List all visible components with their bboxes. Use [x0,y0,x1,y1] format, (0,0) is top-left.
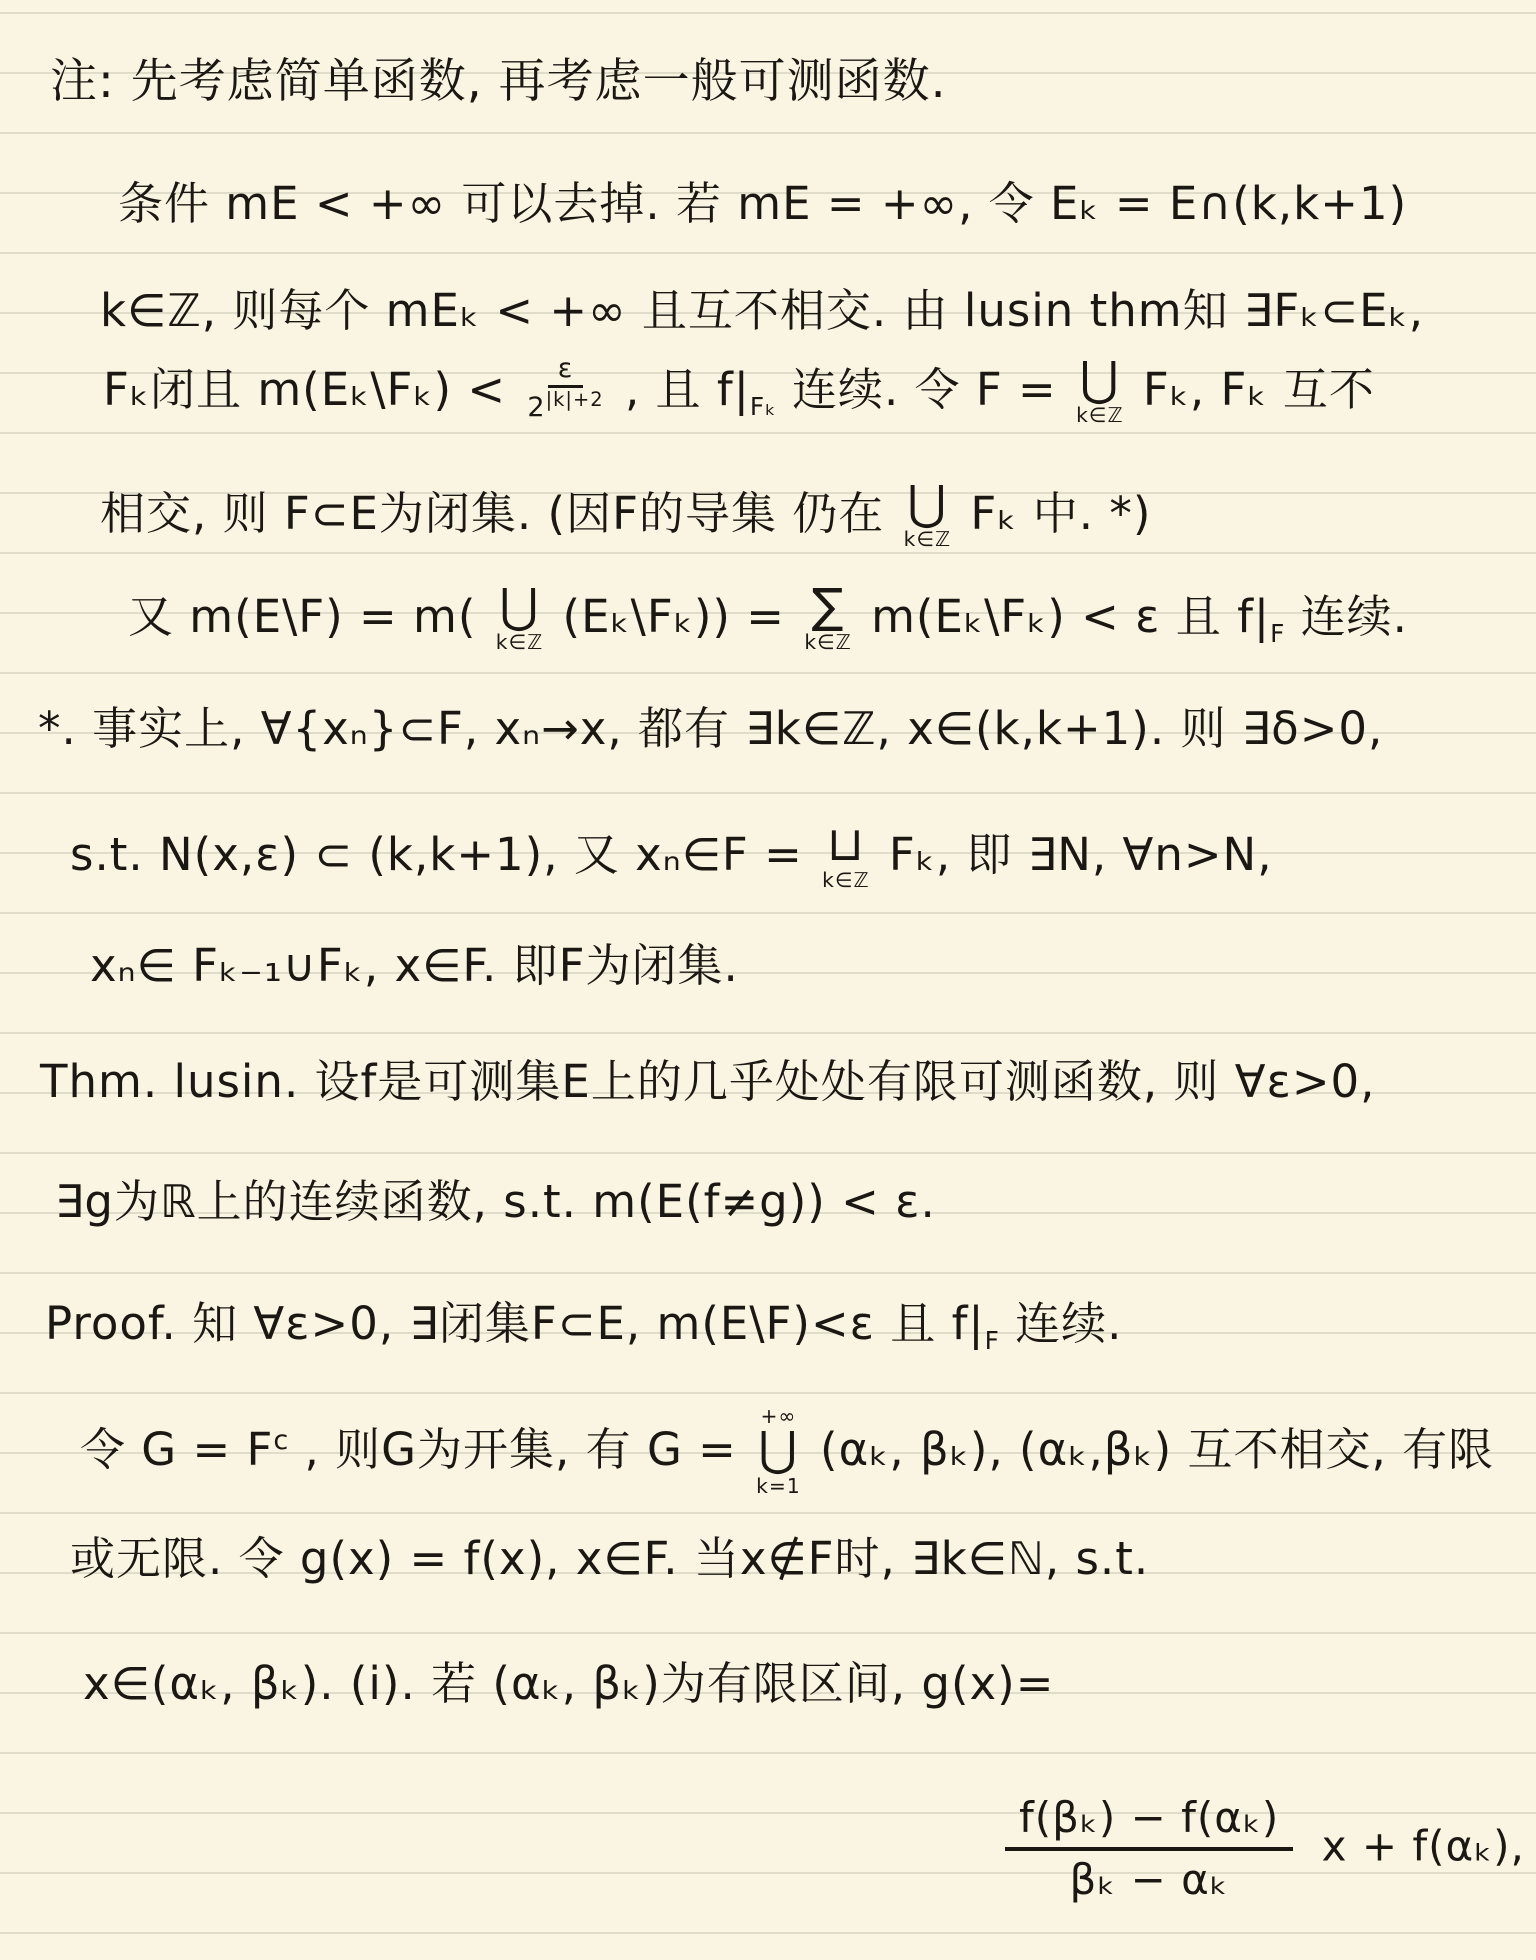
note-line-7: *. 事实上, ∀{xₙ}⊂F, xₙ→x, 都有 ∃k∈ℤ, x∈(k,k+1… [38,703,1383,755]
line-14-text: 或无限. 令 g(x) = f(x), x∈F. 当x∉F时, ∃k∈ℕ, s.… [70,1532,1149,1585]
union-operator-k1-inf: +∞⋃k=1 [756,1406,801,1496]
note-line-10-theorem: Thm. lusin. 设f是可测集E上的几乎处处有限可测函数, 则 ∀ε>0, [40,1056,1376,1108]
slope-fraction: f(βₖ) − f(αₖ)βₖ − αₖ [1005,1795,1293,1903]
union-symbol: ⋃ [1080,356,1120,403]
note-line-9: xₙ∈ Fₖ₋₁∪Fₖ, x∈F. 即F为闭集. [90,940,739,992]
fraction-denominator: 2|k|+2 [527,388,603,422]
union-index: k∈ℤ [904,529,951,549]
union-index: k∈ℤ [1076,405,1123,425]
union-symbol: ⋃ [500,583,540,630]
line-4-text-b: , 且 f| [625,363,750,416]
note-line-1: 注: 先考虑简单函数, 再考虑一般可测函数. [50,55,947,109]
line-13-text-a: 令 G = F [80,1423,273,1476]
union-operator-kz: ⋃k∈ℤ [904,480,951,550]
line-3-text: k∈ℤ, 则每个 mEₖ < +∞ 且互不相交. 由 lusin thm知 ∃F… [100,284,1424,337]
line-15-text: x∈(αₖ, βₖ). (i). 若 (αₖ, βₖ)为有限区间, g(x)= [83,1657,1054,1710]
union-symbol: ⋃ [759,1426,799,1473]
line-6-text-a: 又 m(E\F) = m( [128,590,476,643]
line-13-text-c: (αₖ, βₖ), (αₖ,βₖ) 互不相交, 有限 [820,1423,1494,1476]
line-6-text-b: (Eₖ\Fₖ)) = [563,590,785,643]
note-line-11: ∃g为ℝ上的连续函数, s.t. m(E(f≠g)) < ε. [55,1176,936,1228]
denominator-exponent: |k|+2 [546,388,604,411]
note-line-4: Fₖ闭且 m(Eₖ\Fₖ) < ε2|k|+2 , 且 f|Fₖ 连续. 令 F… [103,358,1375,428]
line-4-text-c: 连续. 令 F = [792,363,1057,416]
line-4-restriction-sub: Fₖ [750,392,777,421]
line-8-text-a: s.t. N(x,ε) ⊂ (k,k+1), 又 xₙ∈F = [70,828,803,881]
note-line-16-formula: f(βₖ) − f(αₖ)βₖ − αₖ x + f(αₖ), [1005,1795,1525,1903]
line-9-text: xₙ∈ Fₖ₋₁∪Fₖ, x∈F. 即F为闭集. [90,939,739,992]
union-operator-kz: ⋃k∈ℤ [1076,356,1123,426]
line-12-text-b: 连续. [1015,1297,1122,1350]
line-11-text: ∃g为ℝ上的连续函数, s.t. m(E(f≠g)) < ε. [55,1175,936,1228]
disjoint-union-operator-kz: ⊔k∈ℤ [822,821,869,891]
complement-sup: c [273,1425,289,1456]
note-line-5: 相交, 则 F⊂E为闭集. (因F的导集 仍在 ⋃k∈ℤ Fₖ 中. *) [100,482,1151,552]
line-6-text-c: m(Eₖ\Fₖ) < ε 且 f| [871,590,1270,643]
note-line-15: x∈(αₖ, βₖ). (i). 若 (αₖ, βₖ)为有限区间, g(x)= [83,1658,1054,1710]
line-1-text: 注: 先考虑简单函数, 再考虑一般可测函数. [50,54,947,109]
disjoint-union-index: k∈ℤ [822,870,869,890]
note-line-8: s.t. N(x,ε) ⊂ (k,k+1), 又 xₙ∈F = ⊔k∈ℤ Fₖ,… [70,823,1273,893]
note-line-13: 令 G = Fc , 则G为开集, 有 G = +∞⋃k=1 (αₖ, βₖ),… [80,1408,1494,1498]
note-line-3: k∈ℤ, 则每个 mEₖ < +∞ 且互不相交. 由 lusin thm知 ∃F… [100,285,1424,337]
note-line-6: 又 m(E\F) = m( ⋃k∈ℤ (Eₖ\Fₖ)) = ∑k∈ℤ m(Eₖ\… [128,585,1408,655]
slope-denominator: βₖ − αₖ [1070,1851,1229,1903]
line-6-text-d: 连续. [1301,590,1408,643]
line-10-text: Thm. lusin. 设f是可测集E上的几乎处处有限可测函数, 则 ∀ε>0, [40,1055,1376,1108]
note-line-14: 或无限. 令 g(x) = f(x), x∈F. 当x∉F时, ∃k∈ℕ, s.… [70,1533,1149,1585]
line-12-text-a: Proof. 知 ∀ε>0, ∃闭集F⊂E, m(E\F)<ε 且 f| [45,1297,985,1350]
epsilon-fraction: ε2|k|+2 [527,355,603,423]
line-13-text-b: , 则G为开集, 有 G = [305,1423,737,1476]
union-lower-limit: k=1 [756,1476,801,1496]
line-12-restriction-sub: F [985,1326,1000,1355]
line-2-text: 条件 mE < +∞ 可以去掉. 若 mE = +∞, 令 Eₖ = E∩(k,… [118,177,1407,230]
union-index: k∈ℤ [496,632,543,652]
line-7-text: *. 事实上, ∀{xₙ}⊂F, xₙ→x, 都有 ∃k∈ℤ, x∈(k,k+1… [38,702,1383,755]
union-operator-kz: ⋃k∈ℤ [496,583,543,653]
denominator-base: 2 [527,392,545,423]
sum-symbol: ∑ [812,583,845,630]
note-line-2: 条件 mE < +∞ 可以去掉. 若 mE = +∞, 令 Eₖ = E∩(k,… [118,178,1407,230]
slope-numerator: f(βₖ) − f(αₖ) [1005,1795,1293,1851]
line-5-text-b: Fₖ 中. *) [970,487,1151,540]
notebook-page: 注: 先考虑简单函数, 再考虑一般可测函数. 条件 mE < +∞ 可以去掉. … [0,0,1536,1960]
note-line-12-proof: Proof. 知 ∀ε>0, ∃闭集F⊂E, m(E\F)<ε 且 f|F 连续… [45,1298,1122,1355]
fraction-numerator: ε [548,355,584,388]
sum-operator-kz: ∑k∈ℤ [804,583,851,653]
disjoint-union-symbol: ⊔ [827,821,865,868]
line-6-restriction-sub: F [1270,619,1285,648]
sum-index: k∈ℤ [804,632,851,652]
line-4-text-d: Fₖ, Fₖ 互不 [1143,363,1375,416]
line-16-tail: x + f(αₖ), [1322,1822,1525,1871]
line-4-text-a: Fₖ闭且 m(Eₖ\Fₖ) < [103,363,506,416]
line-8-text-b: Fₖ, 即 ∃N, ∀n>N, [889,828,1273,881]
line-5-text-a: 相交, 则 F⊂E为闭集. (因F的导集 仍在 [100,487,884,540]
union-symbol: ⋃ [907,480,947,527]
